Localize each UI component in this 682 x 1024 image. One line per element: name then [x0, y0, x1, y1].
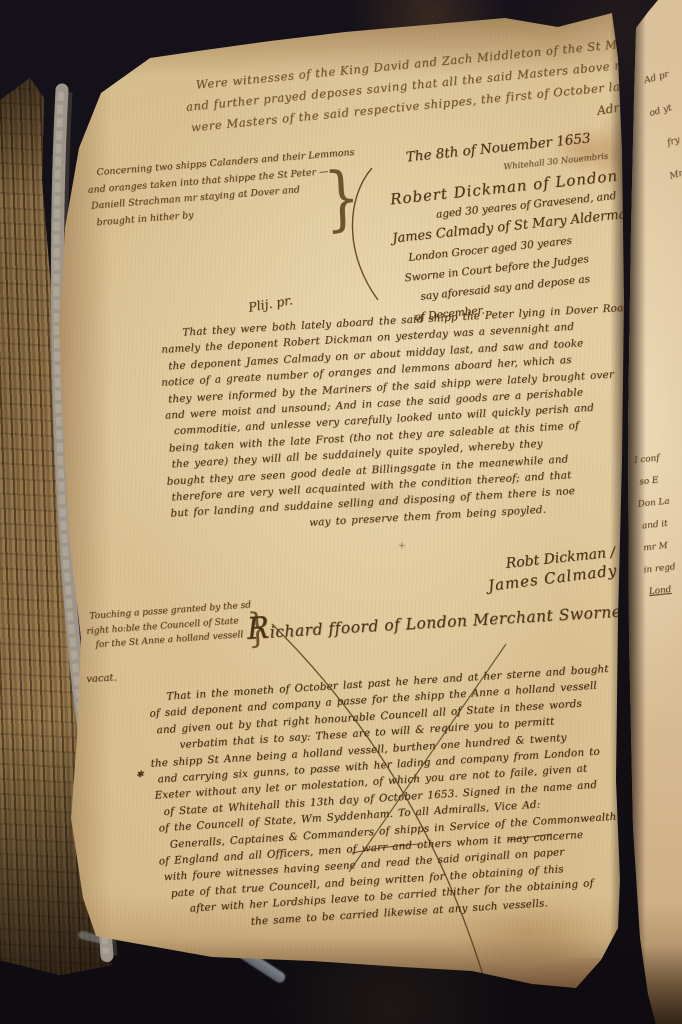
manuscript-line: fry	[663, 121, 682, 159]
margin-brace: }	[322, 156, 362, 240]
manuscript-line: so E	[638, 469, 668, 494]
vacat-note: vacat.	[86, 672, 117, 685]
top-deposition-note: Were witnesses of the King David and Zac…	[183, 31, 659, 139]
manuscript-line: and it	[641, 512, 673, 537]
margin-note-passe: Touching a passe granted by the sd right…	[85, 598, 254, 653]
margin-note-lemmons: Concerning two shipps Calanders and thei…	[86, 145, 359, 232]
manuscript-line: Mr ye	[665, 153, 682, 193]
cross-mark: +	[398, 541, 406, 551]
manuscript-line: Lond	[648, 578, 680, 603]
entry-heading-richard-ford: Richard ffoord of London Merchant Sworne…	[246, 578, 682, 646]
entry-date-heading: The 8th of Nouember 1653 Whitehall 30 No…	[383, 123, 655, 329]
left-page: Were witnesses of the King David and Zac…	[0, 0, 682, 1024]
leaf-text-fragment-mid: I conf so E Don La and it mr M in regd L…	[633, 447, 680, 603]
margin-asterisk-mark: ✱	[136, 770, 144, 780]
margin-reference: Plij. pr.	[247, 292, 294, 315]
photo-of-open-manuscript-book: Ad pr od yt fry Mr ye not Moy by Mr I co…	[0, 0, 682, 1024]
leaf-bottom-shadow	[626, 945, 682, 1024]
passe-body: That in the moneth of October last past …	[146, 661, 624, 936]
deposition-body: That they were both lately aboard the sa…	[158, 300, 642, 539]
leaf-text-fragment-top: Ad pr od yt fry Mr ye not Moy by Mr	[640, 58, 682, 288]
